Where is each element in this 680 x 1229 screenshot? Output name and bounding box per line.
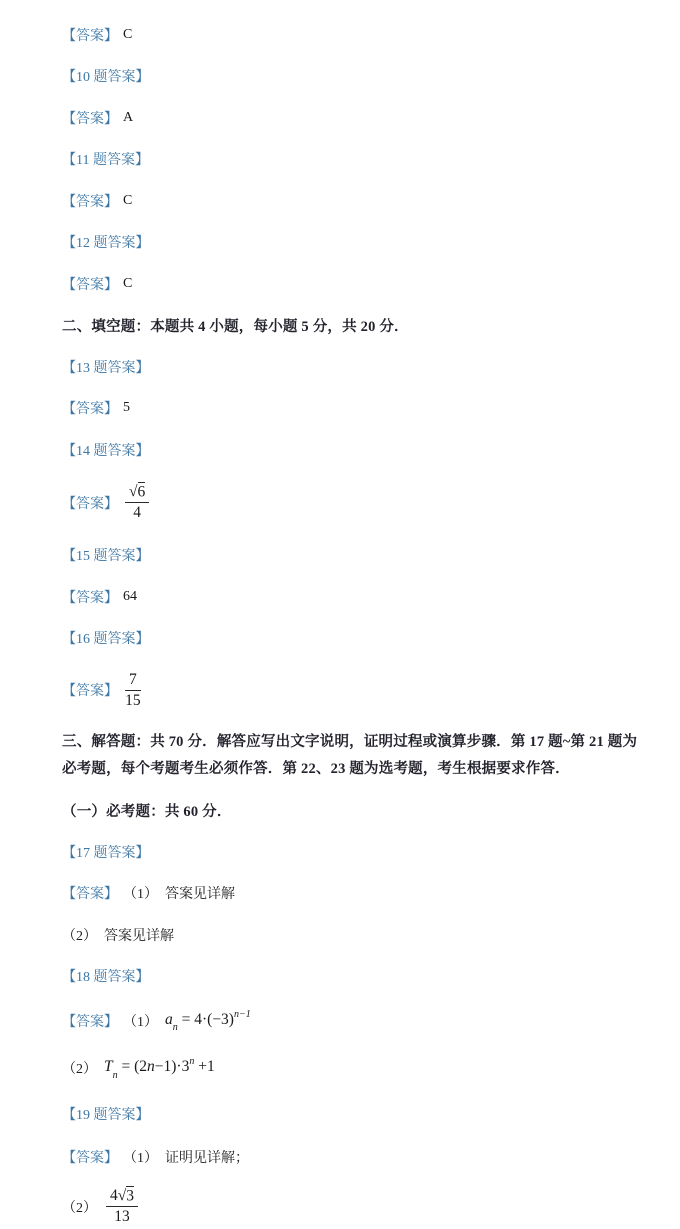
formula-an: an = 4·(−3)n−1 (165, 1010, 251, 1031)
question-header-16: 【16 题答案】 (62, 625, 658, 653)
question-header-15: 【15 题答案】 (62, 542, 658, 570)
section-heading-text: 二、填空题：本题共 4 小题，每小题 5 分，共 20 分． (62, 315, 409, 336)
answer-value: 64 (123, 589, 137, 605)
answer-label: 【答案】 (62, 398, 118, 418)
question-header-14: 【14 题答案】 (62, 436, 658, 464)
part-number: （1） (123, 1011, 158, 1031)
fraction-denominator: 4 (133, 503, 141, 522)
answer-value: A (123, 110, 133, 126)
math-expression: = 4·(−3) (178, 1011, 234, 1028)
fraction-denominator: 15 (125, 691, 141, 710)
question-header-10: 【10 题答案】 (62, 63, 658, 91)
question-header-label: 【13 题答案】 (62, 357, 150, 377)
answer-label: 【答案】 (62, 680, 118, 700)
answer-label: 【答案】 (62, 191, 118, 211)
answer-text: 证明见详解； (165, 1147, 249, 1167)
question-header-label: 【14 题答案】 (62, 440, 150, 460)
question-header-label: 【16 题答案】 (62, 628, 150, 648)
question-header-18: 【18 题答案】 (62, 963, 658, 991)
question-header-12: 【12 题答案】 (62, 229, 658, 257)
answer-text: 答案见详解 (104, 925, 174, 945)
answer-value: C (123, 27, 132, 43)
formula-tn: Tn = (2n−1)·3n +1 (104, 1057, 215, 1078)
question-header-label: 【15 题答案】 (62, 545, 150, 565)
fraction-numerator: 4√3 (106, 1187, 138, 1207)
fraction-numerator: 7 (125, 671, 141, 691)
part-number: （1） (123, 883, 158, 903)
fraction-denominator: 13 (114, 1207, 130, 1226)
answer-label: 【答案】 (62, 883, 118, 903)
answer-label: 【答案】 (62, 274, 118, 294)
radical-sign: √ (118, 1187, 127, 1204)
answer-line-9: 【答案】C (62, 21, 658, 49)
answer-line-18-part2: （2）Tn = (2n−1)·3n +1 (62, 1051, 658, 1085)
part-number: （2） (62, 1197, 97, 1217)
math-subscript: n (173, 1022, 178, 1033)
answer-label: 【答案】 (62, 25, 118, 45)
question-header-label: 【12 题答案】 (62, 232, 150, 252)
math-expression: −1)·3 (155, 1059, 190, 1076)
question-header-label: 【10 题答案】 (62, 66, 150, 86)
answer-line-11: 【答案】C (62, 187, 658, 215)
question-header-label: 【17 题答案】 (62, 842, 150, 862)
answer-text: 答案见详解 (165, 883, 235, 903)
radical-sign: √ (129, 483, 138, 500)
math-variable: T (104, 1059, 113, 1076)
math-subscript: n (113, 1070, 118, 1081)
answer-line-17-part1: 【答案】（1）答案见详解 (62, 880, 658, 908)
math-variable: n (147, 1059, 155, 1076)
part-number: （2） (62, 1058, 97, 1078)
math-superscript: n (189, 1056, 194, 1067)
section-heading-solve: 三、解答题：共 70 分．解答应写出文字说明，证明过程或演算步骤．第 17 题~… (62, 729, 650, 783)
question-header-label: 【19 题答案】 (62, 1104, 150, 1124)
answer-line-10: 【答案】A (62, 104, 658, 132)
answer-value: C (123, 276, 132, 292)
answer-line-15: 【答案】64 (62, 583, 658, 611)
answer-line-19-part1: 【答案】（1）证明见详解； (62, 1143, 658, 1171)
answer-line-16: 【答案】 7 15 (62, 666, 658, 714)
answer-line-17-part2: （2）答案见详解 (62, 921, 658, 949)
math-superscript: n−1 (234, 1009, 251, 1020)
answer-line-19-part2: （2） 4√3 13 (62, 1185, 658, 1229)
answer-line-13: 【答案】5 (62, 395, 658, 423)
answer-label: 【答案】 (62, 493, 118, 513)
fraction-7-over-15: 7 15 (125, 671, 141, 710)
question-header-13: 【13 题答案】 (62, 353, 658, 381)
section-heading-fill: 二、填空题：本题共 4 小题，每小题 5 分，共 20 分． (62, 312, 658, 340)
part-number: （2） (62, 925, 97, 945)
answer-value: C (123, 193, 132, 209)
math-expression: = (2 (118, 1059, 147, 1076)
answer-label: 【答案】 (62, 587, 118, 607)
answer-label: 【答案】 (62, 1147, 118, 1167)
subsection-heading-required: （一）必考题：共 60 分． (62, 797, 658, 824)
answer-line-14: 【答案】 √6 4 (62, 478, 658, 528)
answer-line-12: 【答案】C (62, 270, 658, 298)
math-expression: +1 (194, 1059, 214, 1076)
question-header-11: 【11 题答案】 (62, 146, 658, 174)
answer-line-18-part1: 【答案】（1）an = 4·(−3)n−1 (62, 1004, 658, 1037)
fraction-sqrt6-over-4: √6 4 (125, 483, 149, 522)
part-number: （1） (123, 1147, 158, 1167)
answer-key-document: 【答案】C 【10 题答案】 【答案】A 【11 题答案】 【答案】C 【12 … (0, 0, 680, 848)
answer-label: 【答案】 (62, 1011, 118, 1031)
fraction-4sqrt3-over-13: 4√3 13 (106, 1187, 138, 1226)
answer-value: 5 (123, 400, 130, 416)
subsection-heading-text: （一）必考题：共 60 分． (62, 800, 232, 821)
math-variable: a (165, 1011, 173, 1028)
fraction-numerator: √6 (125, 483, 149, 503)
question-header-19: 【19 题答案】 (62, 1099, 658, 1129)
coefficient: 4 (110, 1187, 118, 1204)
radicand: 3 (126, 1186, 134, 1205)
radicand: 6 (138, 482, 146, 501)
question-header-17: 【17 题答案】 (62, 838, 658, 866)
question-header-label: 【18 题答案】 (62, 966, 150, 986)
answer-label: 【答案】 (62, 108, 118, 128)
question-header-label: 【11 题答案】 (62, 149, 149, 169)
